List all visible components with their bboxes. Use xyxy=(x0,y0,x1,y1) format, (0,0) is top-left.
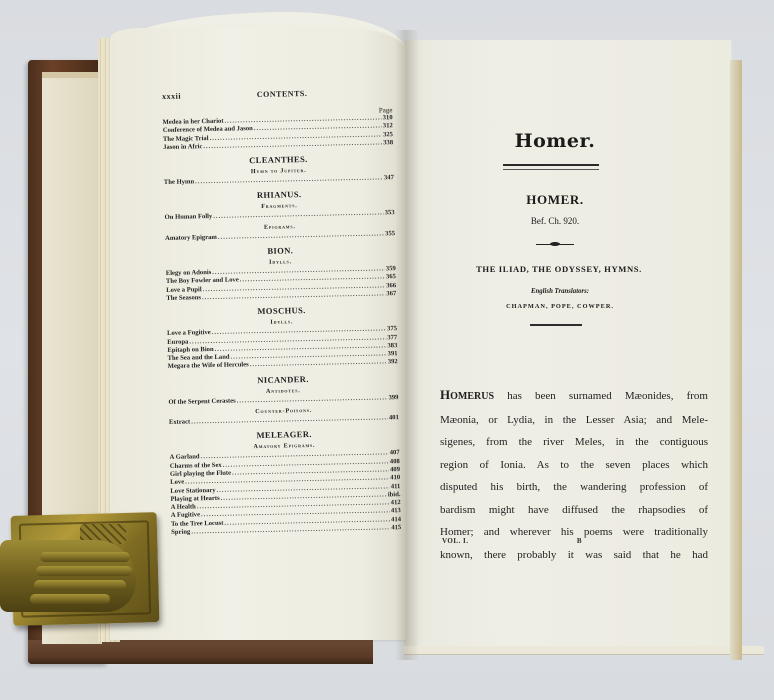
running-title: CONTENTS. xyxy=(222,88,342,100)
dot-leader xyxy=(250,359,387,370)
single-rule-divider xyxy=(530,324,582,326)
toc-author-heading: NICANDER. xyxy=(168,372,398,387)
toc-entry-page: 310 xyxy=(383,114,393,123)
toc-entry-title: The Seasons xyxy=(166,294,201,303)
translators-names: CHAPMAN, POPE, COWPER. xyxy=(400,303,720,310)
toc-entry-page: 410 xyxy=(390,474,400,483)
ornament-divider-icon xyxy=(536,242,574,246)
translators-label: English Translators: xyxy=(400,288,720,295)
finger-icon xyxy=(36,566,132,576)
author-dates: Bef. Ch. 920. xyxy=(390,216,720,226)
volume-number: VOL. I. xyxy=(442,537,469,545)
small-caps-word: OMERUS xyxy=(450,391,494,402)
toc-entry-page: 414 xyxy=(391,516,401,525)
toc-entry-page: 407 xyxy=(390,449,400,458)
folio-number: xxxii xyxy=(162,91,222,101)
right-page-bottom-edge xyxy=(404,646,764,655)
dot-leader xyxy=(213,210,384,222)
body-line: known, there probably it was said that h… xyxy=(440,544,708,567)
toc-entry-title: Megara the Wife of Hercules xyxy=(168,362,249,372)
body-line: has been surnamed Mæonides, from xyxy=(494,390,708,402)
toc-entry-page: 375 xyxy=(387,325,397,334)
body-line: Mæonia, or Lydia, in the Lesser Asia; an… xyxy=(440,409,708,432)
toc-entry-page: 367 xyxy=(386,290,396,299)
toc-list: Medea in her Chariot310Conference of Med… xyxy=(163,114,402,537)
contents-page: xxxii CONTENTS. Page Medea in her Chario… xyxy=(162,87,401,537)
body-line-first: HOMERUS has been surnamed Mæonides, from xyxy=(440,384,708,409)
toc-author-heading: MOSCHUS. xyxy=(167,303,397,318)
section-title-block: Homer. HOMER. Bef. Ch. 920. THE ILIAD, T… xyxy=(420,130,720,326)
toc-entry-page: 415 xyxy=(391,524,401,533)
blackletter-title: Homer. xyxy=(390,130,720,152)
works-list: THE ILIAD, THE ODYSSEY, HYMNS. xyxy=(398,264,720,274)
toc-entry-page: 401 xyxy=(389,414,399,423)
toc-entry-page: ibid. xyxy=(388,491,401,500)
body-line: disputed his birth, the wandering profes… xyxy=(440,476,708,499)
brass-hand-icon xyxy=(0,540,136,612)
toc-entry-page: 377 xyxy=(387,334,397,343)
toc-entry-page: 412 xyxy=(391,499,401,508)
dot-leader xyxy=(191,414,388,426)
toc-entry-page: 359 xyxy=(386,265,396,274)
toc-entry-title: Amatory Epigram xyxy=(165,234,217,243)
toc-author-heading: RHIANUS. xyxy=(164,188,394,203)
photo-scene: xxxii CONTENTS. Page Medea in her Chario… xyxy=(0,0,774,700)
finger-icon xyxy=(30,594,110,604)
toc-author-heading: CLEANTHES. xyxy=(163,152,393,167)
toc-entry-page: 409 xyxy=(390,466,400,475)
page-block-edge-right xyxy=(730,60,742,660)
toc-entry-page: 391 xyxy=(388,350,398,359)
toc-entry-page: 383 xyxy=(387,342,397,351)
toc-entry-page: 399 xyxy=(388,394,398,403)
toc-entry-title: The Hymn xyxy=(164,179,194,188)
author-heading: HOMER. xyxy=(390,192,720,208)
toc-entry-page: 365 xyxy=(386,274,396,283)
toc-entry-page: 392 xyxy=(388,359,398,368)
toc-entry-page: 411 xyxy=(391,483,401,491)
toc-entry-title: Jason in Afric xyxy=(163,143,202,152)
toc-entry-page: 347 xyxy=(384,174,394,183)
toc-author-heading: MELEAGER. xyxy=(169,427,399,442)
dot-leader xyxy=(195,175,383,187)
toc-entry-title: On Human Folly xyxy=(165,213,213,222)
body-line: bardism might have diffused the rhapsodi… xyxy=(440,499,708,522)
toc-entry-page: 355 xyxy=(385,230,395,239)
signature-line: VOL. I. B xyxy=(442,537,582,545)
drop-cap: H xyxy=(440,387,450,402)
toc-entry-title: Of the Serpent Cerastes xyxy=(168,397,235,407)
finger-icon xyxy=(40,552,130,562)
body-line: sigenes, from the river Meles, in the co… xyxy=(440,431,708,454)
toc-entry-title: Love xyxy=(170,479,184,488)
toc-entry-page: 366 xyxy=(386,282,396,291)
toc-entry-title: Extract xyxy=(169,419,190,428)
finger-icon xyxy=(34,580,126,590)
toc-author-heading: BION. xyxy=(165,243,395,258)
double-rule-divider xyxy=(503,164,599,170)
toc-entry-title: Spring xyxy=(171,529,190,538)
signature-mark: B xyxy=(577,537,582,545)
dot-leader xyxy=(218,230,384,242)
book-gutter xyxy=(395,30,419,660)
toc-entry-page: 408 xyxy=(390,458,400,467)
toc-entry-page: 413 xyxy=(391,508,401,517)
dot-leader xyxy=(237,394,388,405)
body-line: region of Ionia. As to the seven places … xyxy=(440,454,708,477)
